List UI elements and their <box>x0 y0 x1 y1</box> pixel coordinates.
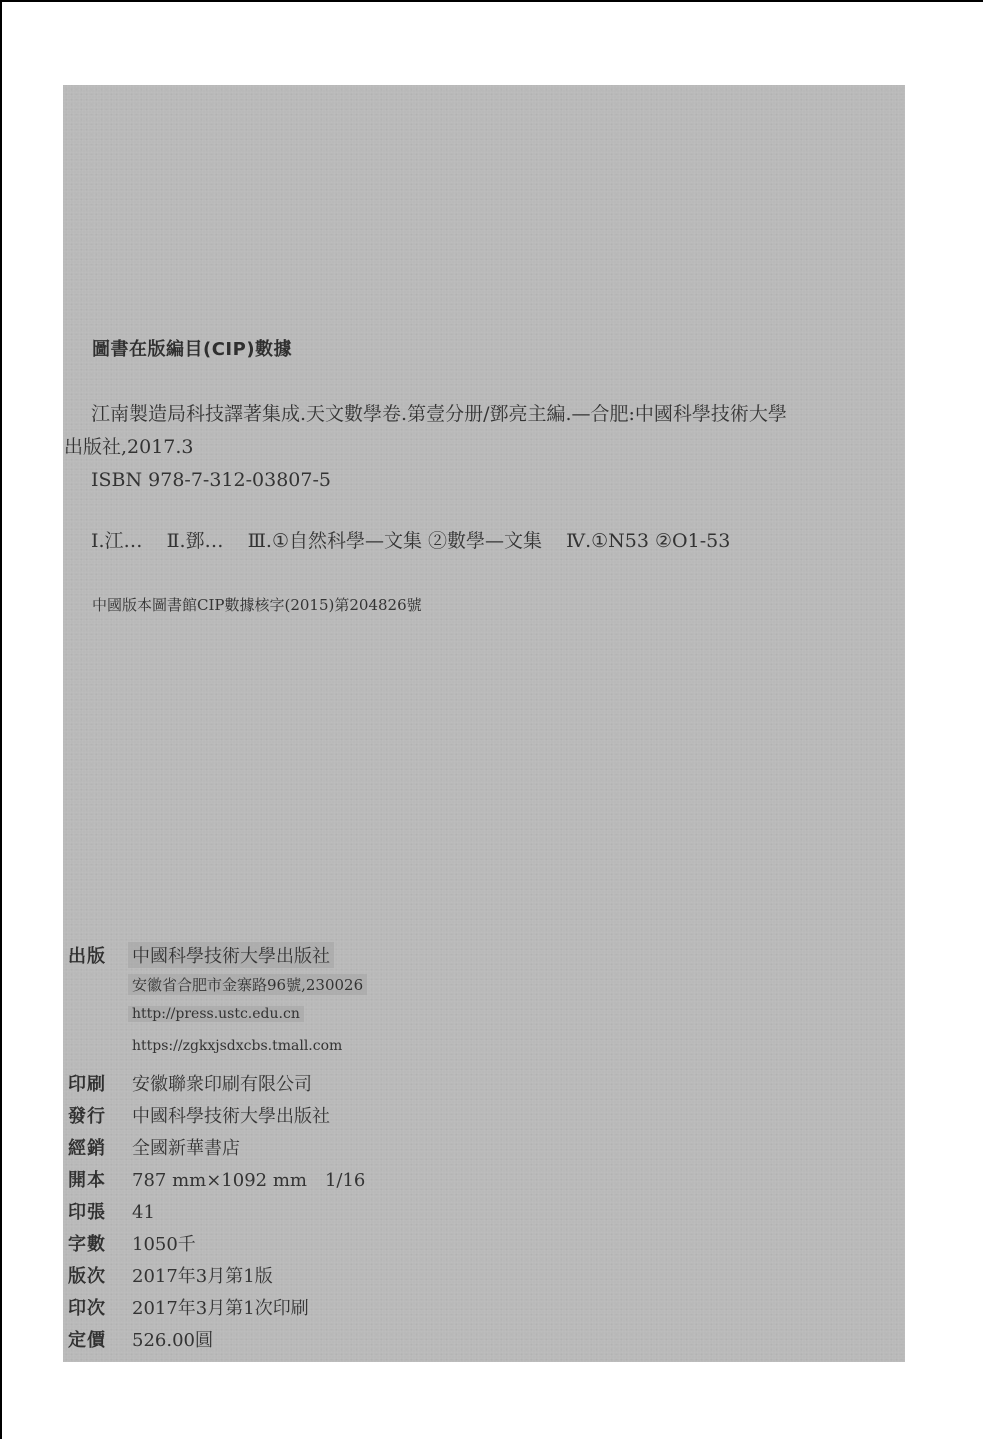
colophon-label: 開本 <box>68 1166 132 1192</box>
classification-3: Ⅲ.①自然科學—文集 ②數學—文集 <box>248 530 542 552</box>
colophon-row-printing: 印次 2017年3月第1次印刷 <box>68 1294 367 1326</box>
colophon-row-website: http://press.ustc.edu.cn <box>68 1006 367 1038</box>
colophon-row-retailer: 經銷 全國新華書店 <box>68 1134 367 1166</box>
publisher-name: 中國科學技術大學出版社 <box>128 942 334 968</box>
cip-title-line: 江南製造局科技譯著集成.天文數學卷.第壹分册/鄧亮主編.—合肥:中國科學技術大學 <box>64 398 904 431</box>
cip-record-number: 中國版本圖書館CIP數據核字(2015)第204826號 <box>92 594 422 615</box>
colophon-label: 印刷 <box>68 1070 132 1096</box>
colophon-label: 印張 <box>68 1198 132 1224</box>
colophon-label: 印次 <box>68 1294 132 1320</box>
colophon-label: 發行 <box>68 1102 132 1128</box>
colophon-value: 2017年3月第1版 <box>132 1262 273 1288</box>
colophon-label: 經銷 <box>68 1134 132 1160</box>
cip-heading: 圖書在版編目(CIP)數據 <box>92 335 292 361</box>
colophon-value: 41 <box>132 1202 155 1223</box>
colophon-value: 安徽聯衆印刷有限公司 <box>132 1070 312 1096</box>
cip-classification: Ⅰ.江… Ⅱ.鄧… Ⅲ.①自然科學—文集 ②數學—文集 Ⅳ.①N53 ②O1-5… <box>91 526 748 553</box>
colophon-row-price: 定價 526.00圓 <box>68 1326 367 1358</box>
cip-isbn: ISBN 978-7-312-03807-5 <box>64 464 904 497</box>
colophon-value: 1050千 <box>132 1230 196 1256</box>
colophon-row-publisher: 出版 中國科學技術大學出版社 <box>68 942 367 974</box>
colophon-row-address: 安徽省合肥市金寨路96號,230026 <box>68 974 367 1006</box>
classification-4: Ⅳ.①N53 ②O1-53 <box>566 530 730 552</box>
colophon-value: 全國新華書店 <box>132 1134 240 1160</box>
cip-record: 江南製造局科技譯著集成.天文數學卷.第壹分册/鄧亮主編.—合肥:中國科學技術大學… <box>64 398 904 497</box>
colophon-label: 字數 <box>68 1230 132 1256</box>
colophon-value: 中國科學技術大學出版社 <box>132 1102 330 1128</box>
colophon-label: 定價 <box>68 1326 132 1352</box>
colophon-value: 787 mm×1092 mm 1/16 <box>132 1166 365 1192</box>
cip-publisher-line: 出版社,2017.3 <box>64 431 904 464</box>
colophon-label: 出版 <box>68 942 132 968</box>
page-border-top <box>0 0 983 2</box>
publisher-website-link[interactable]: http://press.ustc.edu.cn <box>128 1006 304 1022</box>
colophon-row-format: 開本 787 mm×1092 mm 1/16 <box>68 1166 367 1198</box>
colophon-label: 版次 <box>68 1262 132 1288</box>
colophon-row-distributor: 發行 中國科學技術大學出版社 <box>68 1102 367 1134</box>
publisher-address: 安徽省合肥市金寨路96號,230026 <box>128 974 367 995</box>
page-border-left <box>0 0 2 1439</box>
colophon-row-edition: 版次 2017年3月第1版 <box>68 1262 367 1294</box>
colophon-row-word-count: 字數 1050千 <box>68 1230 367 1262</box>
classification-1: Ⅰ.江… <box>91 530 143 552</box>
classification-2: Ⅱ.鄧… <box>167 530 224 552</box>
colophon-value: 526.00圓 <box>132 1326 213 1352</box>
colophon-row-sheets: 印張 41 <box>68 1198 367 1230</box>
colophon-value: 2017年3月第1次印刷 <box>132 1294 309 1320</box>
colophon: 出版 中國科學技術大學出版社 安徽省合肥市金寨路96號,230026 http:… <box>68 942 367 1358</box>
colophon-row-store: https://zgkxjsdxcbs.tmall.com <box>68 1038 367 1070</box>
colophon-row-printer: 印刷 安徽聯衆印刷有限公司 <box>68 1070 367 1102</box>
publisher-store-link[interactable]: https://zgkxjsdxcbs.tmall.com <box>132 1038 342 1054</box>
